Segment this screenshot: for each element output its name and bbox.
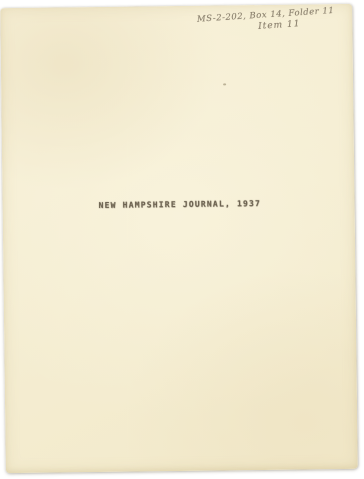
archival-annotation: MS-2-202, Box 14, Folder 11 Item 11: [182, 5, 351, 38]
scan-frame: MS-2-202, Box 14, Folder 11 Item 11 NEW …: [0, 0, 364, 479]
paper-speck: [223, 83, 226, 85]
typed-title: NEW HAMPSHIRE JOURNAL, 1937: [99, 199, 262, 210]
scanned-page: MS-2-202, Box 14, Folder 11 Item 11 NEW …: [0, 4, 358, 473]
